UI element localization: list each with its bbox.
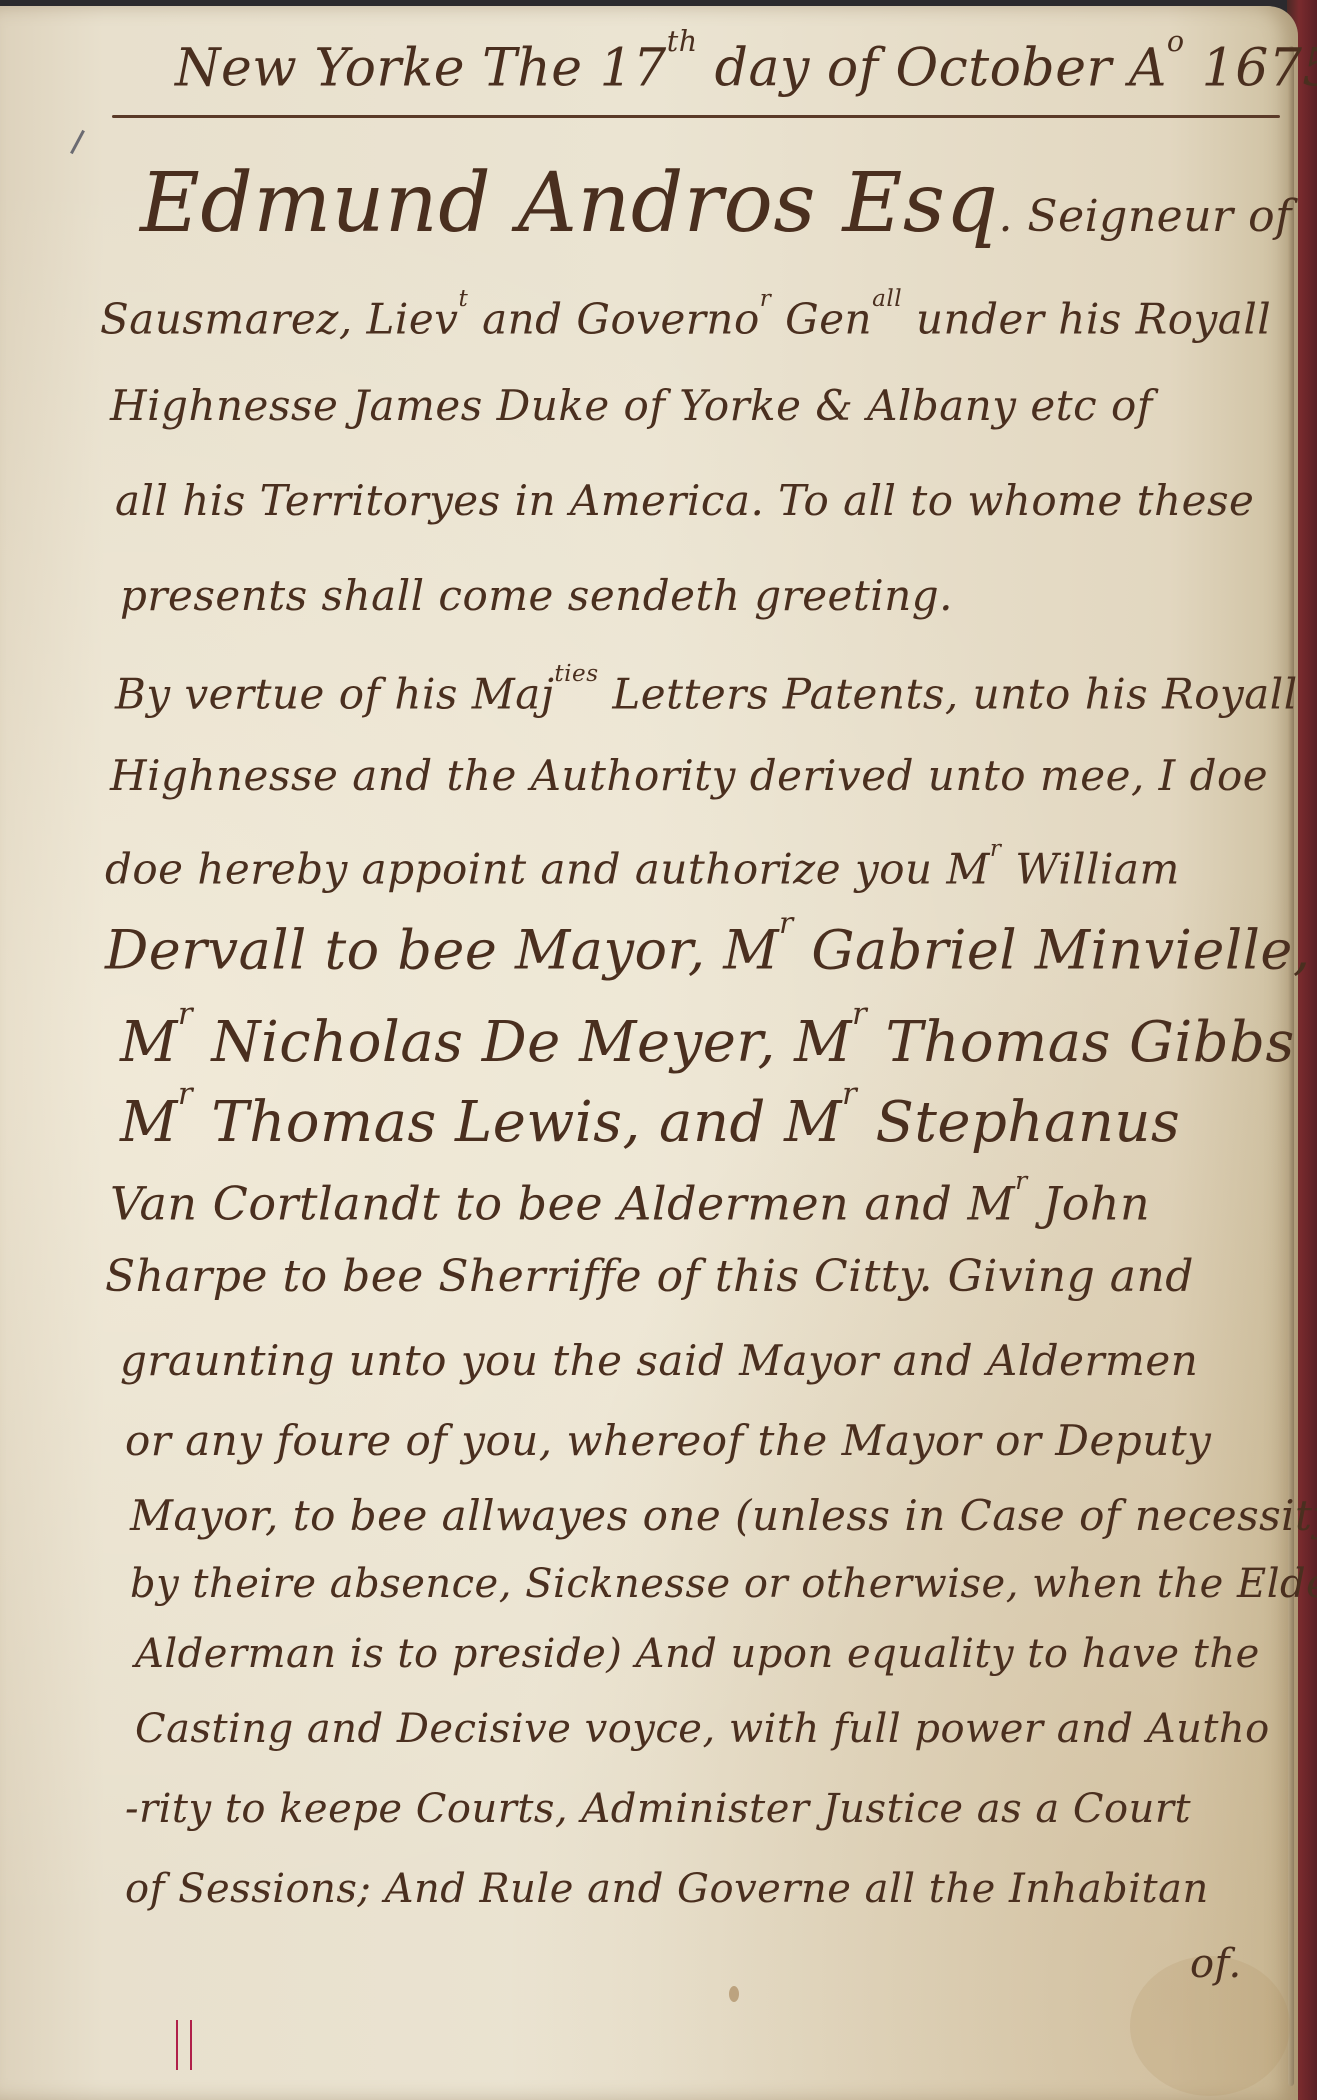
line-text: Highnesse James Duke of Yorke & Albany e… (110, 381, 1153, 430)
manuscript-line-3: Highnesse James Duke of Yorke & Albany e… (110, 381, 1153, 430)
line-text: of Sessions; And Rule and Governe all th… (125, 1866, 1209, 1912)
line-text: presents shall come sendeth greeting. (120, 571, 953, 620)
manuscript-line-6: By vertue of his Majties Letters Patents… (115, 661, 1298, 719)
line-text: M (120, 1090, 178, 1155)
manuscript-line-8: doe hereby appoint and authorize you Mr … (105, 836, 1180, 894)
line-text: William (1001, 845, 1179, 894)
line-text: Casting and Decisive voyce, with full po… (135, 1706, 1270, 1752)
line-sup: all (872, 286, 902, 312)
line-text: Stephanus (857, 1090, 1180, 1155)
header-text-2: day of October A (698, 38, 1167, 98)
header-dateline: New Yorke The 17th day of October Ao 167… (175, 24, 1317, 98)
line-text: all his Territoryes in America. To all t… (115, 476, 1254, 525)
line-text: Thomas Lewis, and M (193, 1090, 842, 1155)
line-text: Gen (771, 295, 872, 344)
margin-mark (70, 130, 85, 154)
manuscript-page: New Yorke The 17th day of October Ao 167… (0, 6, 1298, 2100)
line-text: Alderman is to preside) And upon equalit… (135, 1631, 1260, 1677)
title-suffix: . Seigneur of (998, 191, 1291, 242)
line-text: doe hereby appoint and authorize you M (105, 845, 990, 894)
line-text: or any foure of you, whereof the Mayor o… (125, 1416, 1211, 1465)
manuscript-line-9: Dervall to bee Mayor, Mr Gabriel Minviel… (105, 906, 1311, 982)
header-year: 1675 (1185, 38, 1317, 98)
line-text: -rity to keepe Courts, Administer Justic… (125, 1786, 1191, 1832)
line-text: By vertue of his Maj (115, 670, 554, 719)
line-sup: r (1015, 1166, 1028, 1195)
pencil-stroke (176, 2020, 178, 2070)
manuscript-line-21: of Sessions; And Rule and Governe all th… (125, 1866, 1209, 1912)
manuscript-line-14: graunting unto you the said Mayor and Al… (120, 1336, 1198, 1385)
catchword: of. (1190, 1941, 1242, 1987)
catchword-text: of. (1190, 1941, 1242, 1987)
manuscript-line-4: all his Territoryes in America. To all t… (115, 476, 1254, 525)
manuscript-line-20: -rity to keepe Courts, Administer Justic… (125, 1786, 1191, 1832)
line-sup: r (852, 996, 867, 1032)
manuscript-line-1: Edmund Andros Esq. Seigneur of (140, 156, 1292, 251)
paper-stain (729, 1986, 739, 2002)
manuscript-line-10: Mr Nicholas De Meyer, Mr Thomas Gibbs (120, 996, 1295, 1075)
line-text: by theire absence, Sicknesse or otherwis… (130, 1561, 1317, 1607)
line-text: Mayor, to bee allwayes one (unless in Ca… (130, 1491, 1317, 1540)
manuscript-line-7: Highnesse and the Authority derived unto… (110, 751, 1268, 800)
line-sup: r (178, 996, 193, 1032)
header-rule (112, 115, 1280, 118)
title-name: Edmund Andros Esq (140, 156, 998, 251)
manuscript-line-13: Sharpe to bee Sherriffe of this Citty. G… (105, 1251, 1194, 1302)
line-text: Letters Patents, unto his Royall (599, 670, 1298, 719)
manuscript-line-12: Van Cortlandt to bee Aldermen and Mr Joh… (110, 1166, 1150, 1230)
line-sup: r (760, 286, 772, 312)
line-text: Thomas Gibbs (867, 1010, 1295, 1075)
manuscript-line-17: by theire absence, Sicknesse or otherwis… (130, 1561, 1317, 1607)
line-text: Sausmarez, Liev (100, 295, 458, 344)
header-text: New Yorke The 17 (175, 38, 667, 98)
line-text: and Governo (468, 295, 760, 344)
line-sup: r (178, 1076, 193, 1112)
manuscript-line-16: Mayor, to bee allwayes one (unless in Ca… (130, 1491, 1317, 1540)
line-text: M (120, 1010, 178, 1075)
line-text: Highnesse and the Authority derived unto… (110, 751, 1268, 800)
line-text: Sharpe to bee Sherriffe of this Citty. G… (105, 1251, 1194, 1302)
line-text: Dervall to bee Mayor, M (105, 919, 779, 982)
line-text: Nicholas De Meyer, M (193, 1010, 852, 1075)
line-sup: t (458, 286, 468, 312)
line-text: John (1028, 1176, 1151, 1230)
line-sup: ties (554, 661, 598, 687)
line-sup: r (842, 1076, 857, 1112)
manuscript-line-2: Sausmarez, Lievt and Governor Genall und… (100, 286, 1271, 344)
header-sup: th (667, 24, 698, 58)
manuscript-line-18: Alderman is to preside) And upon equalit… (135, 1631, 1260, 1677)
header-sup-2: o (1167, 24, 1185, 58)
pencil-stroke (190, 2020, 192, 2070)
line-text: graunting unto you the said Mayor and Al… (120, 1336, 1198, 1385)
line-text: Gabriel Minvielle, (794, 919, 1311, 982)
manuscript-line-11: Mr Thomas Lewis, and Mr Stephanus (120, 1076, 1180, 1155)
manuscript-line-19: Casting and Decisive voyce, with full po… (135, 1706, 1270, 1752)
line-text: Van Cortlandt to bee Aldermen and M (110, 1176, 1015, 1230)
line-sup: r (990, 836, 1002, 862)
line-text: under his Royall (902, 295, 1271, 344)
line-sup: r (779, 906, 794, 941)
pencil-marks (176, 2020, 204, 2075)
manuscript-line-15: or any foure of you, whereof the Mayor o… (125, 1416, 1211, 1465)
manuscript-line-5: presents shall come sendeth greeting. (120, 571, 953, 620)
